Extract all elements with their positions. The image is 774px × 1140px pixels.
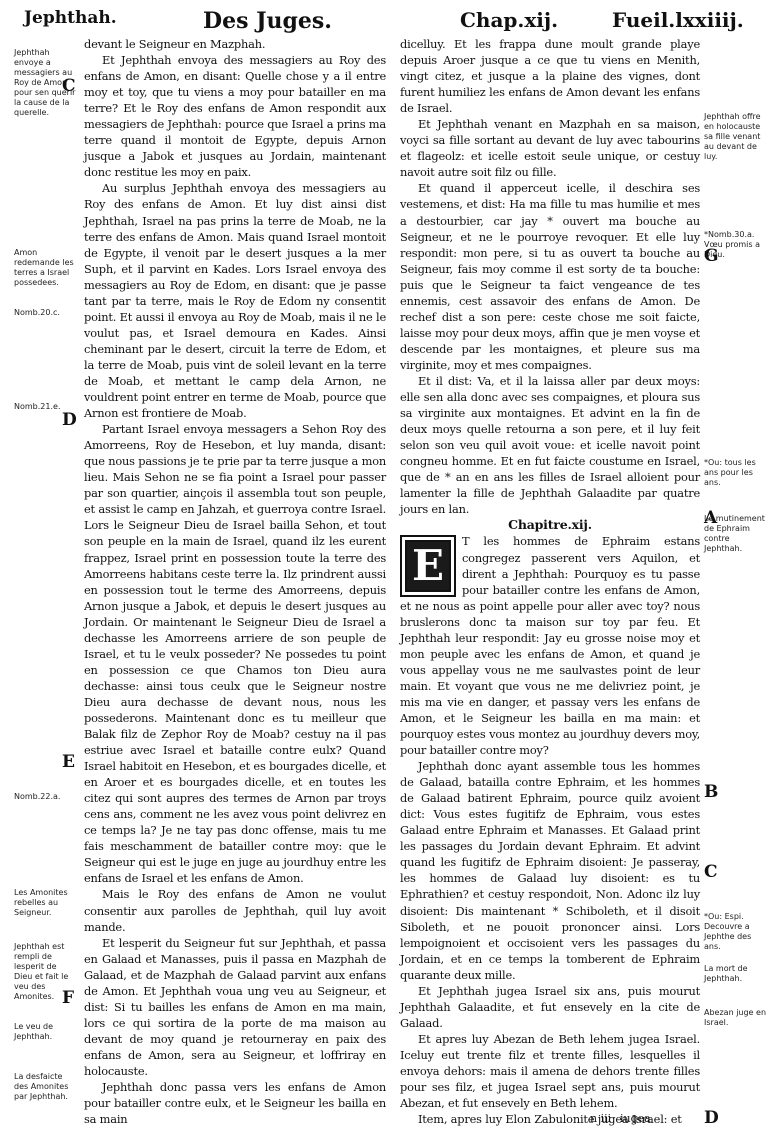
catchword: iugea: [620, 1112, 651, 1125]
section-letter-marker: F: [62, 988, 74, 1008]
margin-note: *Ou: Espi. Decouvre a Jephthe des ans.: [704, 912, 770, 952]
margin-note: Amon redemande les terres a Israel posse…: [14, 248, 76, 288]
paragraph: Jephthah donc passa vers les enfans de A…: [84, 1079, 386, 1127]
paragraph: Et Jephthah jugea Israel six ans, puis m…: [400, 983, 700, 1031]
paragraph: Et lesperit du Seigneur fut sur Jephthah…: [84, 935, 386, 1079]
margin-note: Abezan juge en Israel.: [704, 1008, 770, 1028]
margin-note: *Ou: tous les ans pour les ans.: [704, 458, 770, 488]
paragraph: Jephthah donc ayant assemble tous les ho…: [400, 758, 700, 983]
margin-note: Le veu de Jephthah.: [14, 1022, 76, 1042]
chapter-heading: Chapitre.xij.: [400, 517, 700, 533]
paragraph: Et quand il apperceut icelle, il deschir…: [400, 180, 700, 373]
paragraph: Partant Israel envoya messagers a Sehon …: [84, 421, 386, 886]
section-letter-marker: G: [704, 246, 719, 266]
decorated-initial: E: [400, 535, 456, 597]
signature-mark: n iii: [590, 1112, 611, 1125]
paragraph: Et il dist: Va, et il la laissa aller pa…: [400, 373, 700, 517]
book-title: Des Juges.: [203, 8, 332, 34]
margin-note: Les Amonites rebelles au Seigneur.: [14, 888, 76, 918]
folio-number: Fueil.lxxiiij.: [612, 8, 744, 32]
right-text-column: dicelluy. Et les frappa dune moult grand…: [400, 36, 700, 1127]
paragraph: Au surplus Jephthah envoya des messagier…: [84, 180, 386, 421]
section-letter-marker: D: [62, 410, 77, 430]
paragraph: Et Jephthah envoya des messagiers au Roy…: [84, 52, 386, 180]
margin-note: Jephthah offre en holocauste sa fille ve…: [704, 112, 770, 162]
paragraph: Mais le Roy des enfans de Amon ne voulut…: [84, 886, 386, 934]
paragraph: Et Jephthah venant en Mazphah en sa mais…: [400, 116, 700, 180]
paragraph: devant le Seigneur en Mazphah.: [84, 36, 386, 52]
section-letter-marker: D: [704, 1108, 719, 1128]
margin-note: La mort de Jephthah.: [704, 964, 770, 984]
paragraph: Et apres luy Abezan de Beth lehem jugea …: [400, 1031, 700, 1111]
chapter-11-conclusion: dicelluy. Et les frappa dune moult grand…: [400, 36, 700, 517]
left-text-column: devant le Seigneur en Mazphah.Et Jephtha…: [84, 36, 386, 1127]
section-letter-marker: B: [704, 782, 718, 802]
chapter-label: Chap.xij.: [460, 8, 558, 32]
running-head-left: Jephthah.: [24, 8, 117, 28]
running-head: Jephthah. Des Juges. Chap.xij. Fueil.lxx…: [0, 8, 774, 38]
section-letter-marker: C: [62, 76, 76, 96]
margin-note: Nomb.20.c.: [14, 308, 76, 318]
margin-note: La desfaicte des Amonites par Jephthah.: [14, 1072, 76, 1102]
section-letter-marker: C: [704, 862, 718, 882]
chapter-12-text: E T les hommes de Ephraim estans congreg…: [400, 533, 700, 1127]
paragraph: Item, apres luy Elon Zabulonite jugea Is…: [400, 1111, 700, 1127]
paragraph: dicelluy. Et les frappa dune moult grand…: [400, 36, 700, 116]
section-letter-marker: E: [62, 752, 75, 772]
margin-note: Nomb.22.a.: [14, 792, 76, 802]
section-letter-marker: A: [704, 508, 717, 528]
